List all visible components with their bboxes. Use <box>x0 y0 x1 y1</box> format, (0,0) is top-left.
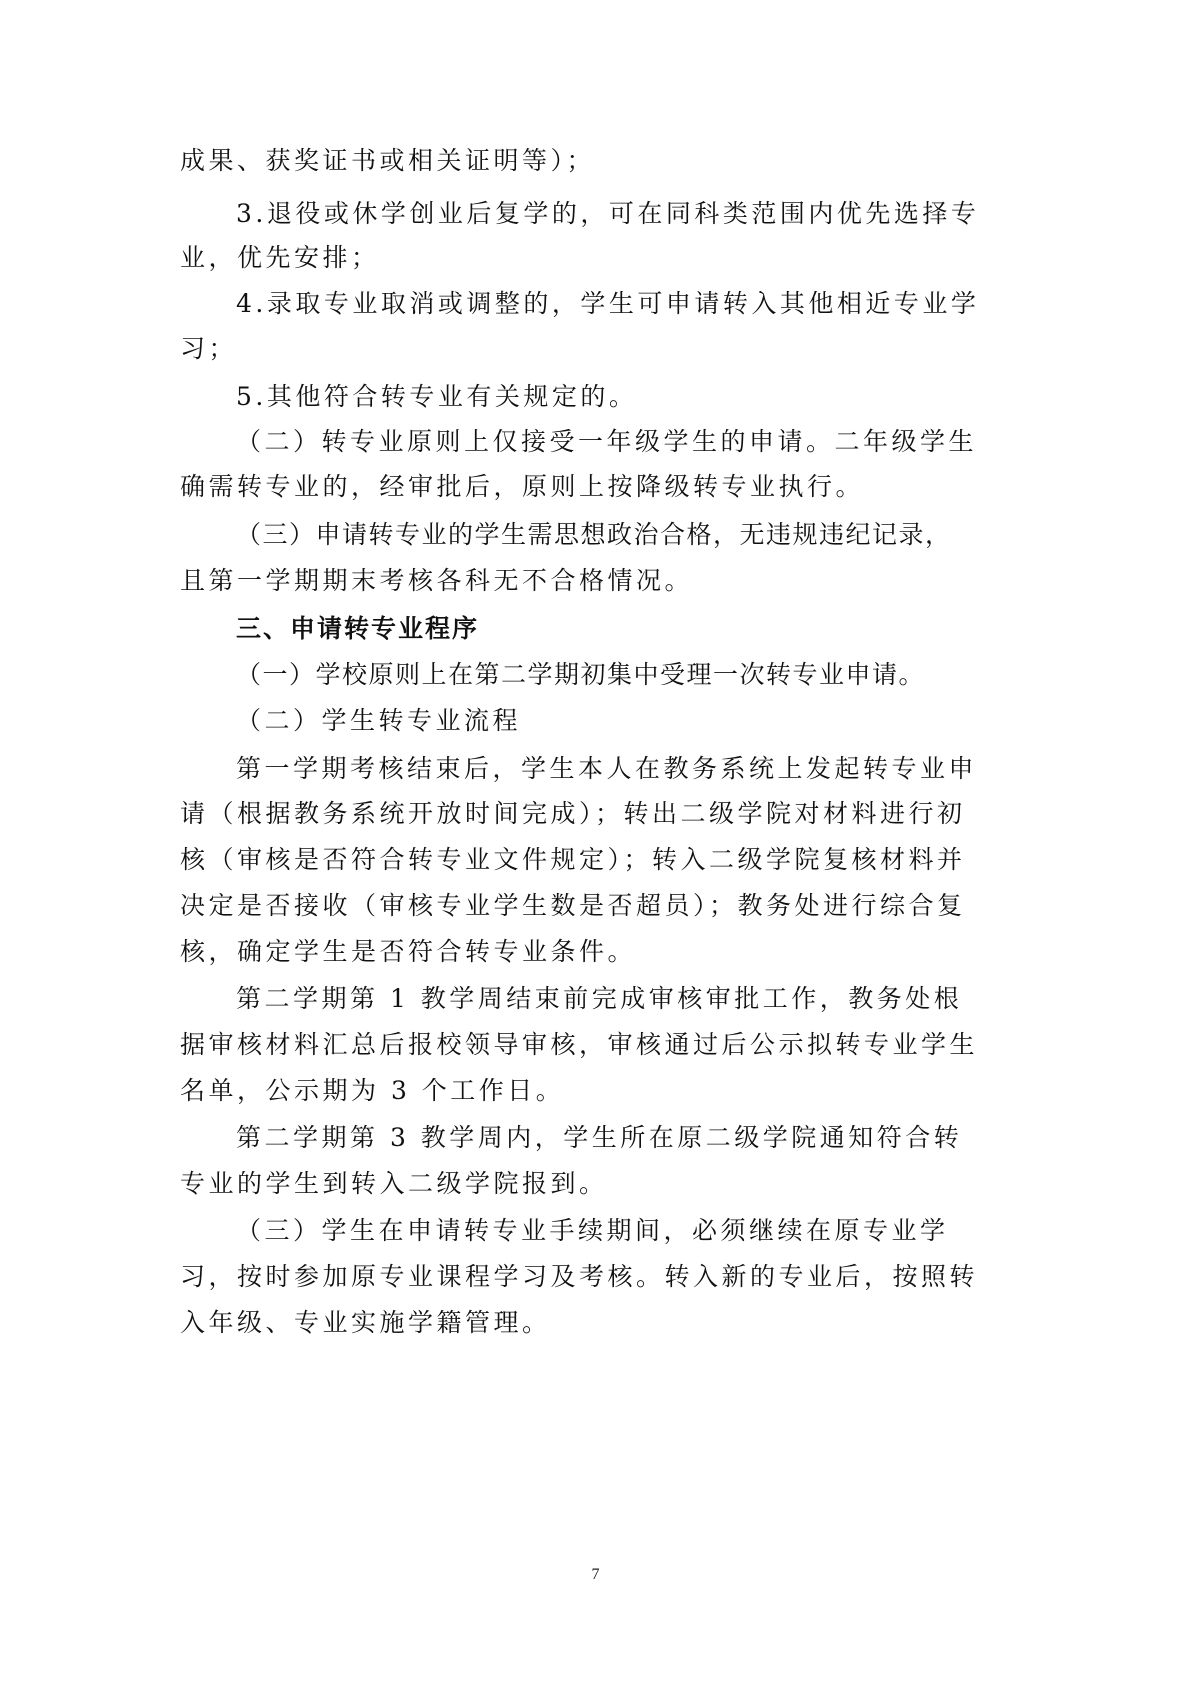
body-paragraph: 第二学期第 3 教学周内，学生所在原二级学院通知符合转 <box>236 1121 1010 1155</box>
clause-3: （三）申请转专业的学生需思想政治合格，无违规违纪记录， <box>236 518 1010 552</box>
body-text-line: 专业的学生到转入二级学院报到。 <box>180 1167 1010 1201</box>
body-text-line: 习，按时参加原专业课程学习及考核。转入新的专业后，按照转 <box>180 1260 1010 1294</box>
body-text-line: 据审核材料汇总后报校领导审核，审核通过后公示拟转专业学生 <box>180 1028 1010 1062</box>
body-text-line: 入年级、专业实施学籍管理。 <box>180 1306 1010 1340</box>
body-text-line: 决定是否接收（审核专业学生数是否超员）；教务处进行综合复 <box>180 889 1010 923</box>
body-text-line: 核（审核是否符合转专业文件规定）；转入二级学院复核材料并 <box>180 843 1010 877</box>
page-number: 7 <box>0 1565 1191 1585</box>
body-text-line: 请（根据教务系统开放时间完成）；转出二级学院对材料进行初 <box>180 797 1010 831</box>
list-item-5: 5.其他符合转专业有关规定的。 <box>236 380 1010 414</box>
body-text-line: 习； <box>180 332 1010 366</box>
body-text-line: 核，确定学生是否符合转专业条件。 <box>180 935 1010 969</box>
body-text-line: 成果、获奖证书或相关证明等）； <box>180 144 1010 178</box>
body-text-line: 业，优先安排； <box>180 241 1010 275</box>
clause-1: （一）学校原则上在第二学期初集中受理一次转专业申请。 <box>236 658 1010 692</box>
body-text-line: 名单，公示期为 3 个工作日。 <box>180 1074 1010 1108</box>
list-item-3: 3.退役或休学创业后复学的，可在同科类范围内优先选择专 <box>236 197 1010 231</box>
body-text-line: 确需转专业的，经审批后，原则上按降级转专业执行。 <box>180 470 1010 504</box>
section-heading-3: 三、申请转专业程序 <box>236 612 1010 646</box>
document-page: 成果、获奖证书或相关证明等）； 3.退役或休学创业后复学的，可在同科类范围内优先… <box>0 0 1191 1684</box>
body-paragraph: 第一学期考核结束后，学生本人在教务系统上发起转专业申 <box>236 752 1010 786</box>
body-paragraph: 第二学期第 1 教学周结束前完成审核审批工作，教务处根 <box>236 982 1010 1016</box>
clause-2: （二）学生转专业流程 <box>236 704 1010 738</box>
body-text-line: 且第一学期期末考核各科无不合格情况。 <box>180 564 1010 598</box>
clause-2: （二）转专业原则上仅接受一年级学生的申请。二年级学生 <box>236 425 1010 459</box>
clause-3: （三）学生在申请转专业手续期间，必须继续在原专业学 <box>236 1214 1010 1248</box>
list-item-4: 4.录取专业取消或调整的，学生可申请转入其他相近专业学 <box>236 287 1010 321</box>
